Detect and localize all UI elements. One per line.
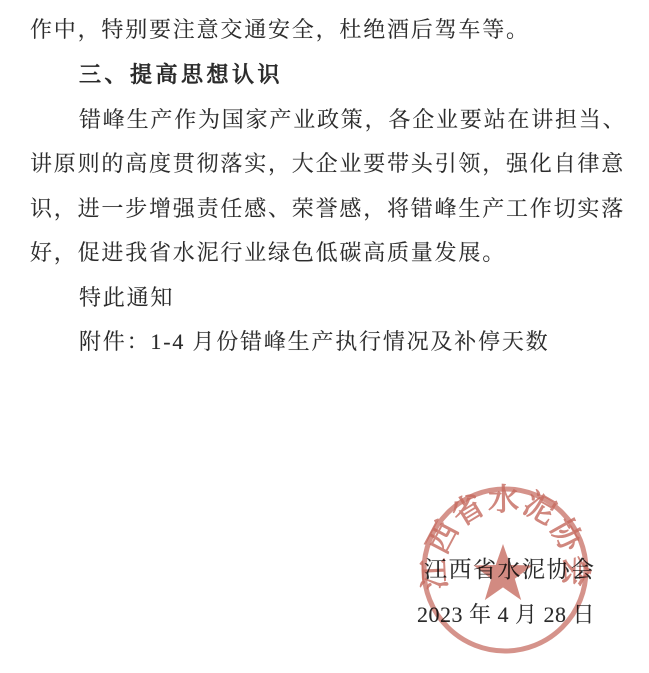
body-line: 好，促进我省水泥行业绿色低碳高质量发展。 (30, 239, 506, 267)
closing-line: 特此通知 (79, 284, 174, 312)
section-heading: 三、提高思想认识 (79, 61, 283, 89)
document-page: 作中，特别要注意交通安全，杜绝酒后驾车等。 三、提高思想认识 错峰生产作为国家产… (0, 0, 649, 673)
body-line: 讲原则的高度贯彻落实，大企业要带头引领，强化自律意 (30, 150, 625, 178)
signature-org: 江西省水泥协会 (424, 551, 596, 584)
body-line: 识，进一步增强责任感、荣誉感，将错峰生产工作切实落 (30, 195, 625, 223)
document-date: 2023 年 4 月 28 日 (417, 598, 595, 629)
body-line: 作中，特别要注意交通安全，杜绝酒后驾车等。 (30, 16, 530, 44)
body-line: 错峰生产作为国家产业政策，各企业要站在讲担当、 (79, 106, 626, 134)
attachment-line: 附件：1-4 月份错峰生产执行情况及补停天数 (79, 328, 549, 356)
